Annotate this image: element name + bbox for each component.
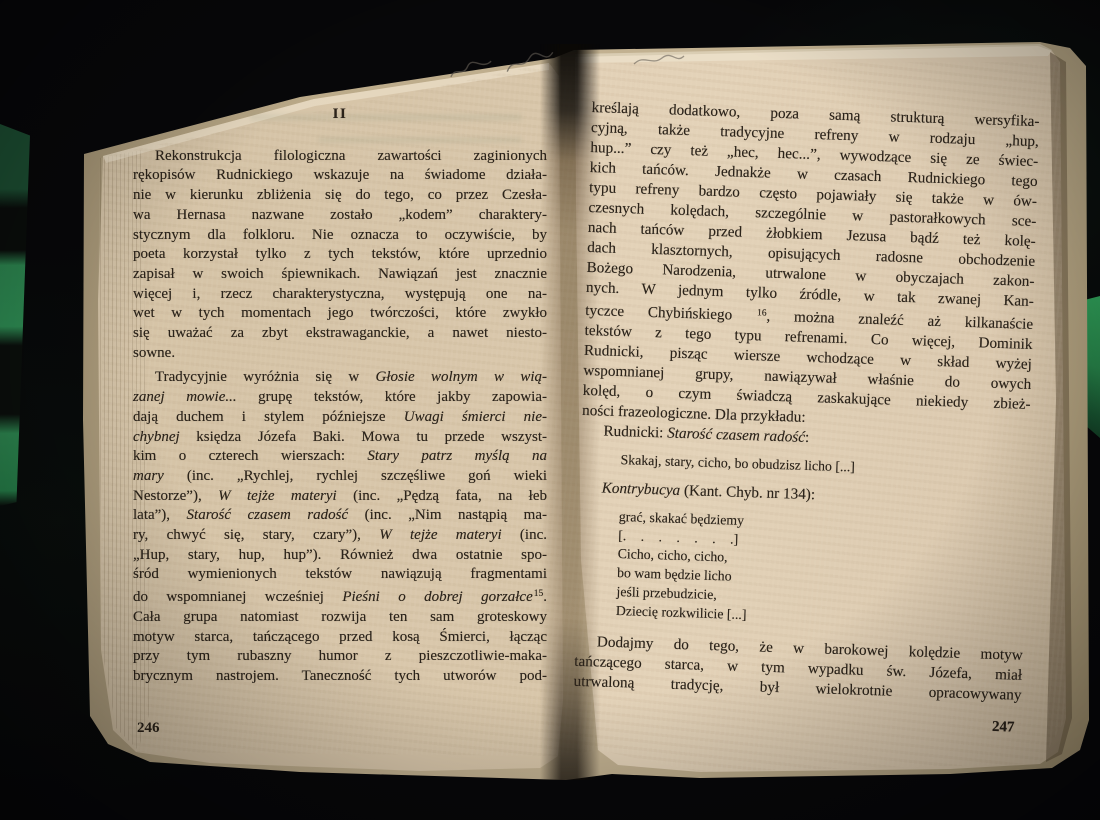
text-line: więcej i, rzecz charakterystyczna, wystę… [133, 285, 547, 305]
paragraph: II [133, 105, 547, 125]
text-line: się uważać za zbyt ekstrawaganckie, a na… [133, 324, 547, 344]
paragraph: Rekonstrukcja filologiczna zawartości za… [133, 147, 547, 364]
text-line: Nestorze”), W tejże materyi (inc. „Pędzą… [133, 487, 547, 507]
text-line: Tradycyjnie wyróżnia się w Głosie wolnym… [133, 368, 547, 388]
text-line: II [133, 105, 547, 125]
text-line: mary (inc. „Rychlej, rychlej szczęśliwe … [133, 467, 547, 487]
pencil-scribble-icon [632, 52, 686, 70]
text-line: nie w kierunku zbliżenia się do tego, co… [133, 186, 547, 206]
text-line: ry, chwyć się, stary, czary”), W tejże m… [133, 526, 547, 546]
text-line: śród wymienionych tekstów nawiązują frag… [133, 565, 547, 585]
text-line: lata”), Starość czasem radość (inc. „Nim… [133, 506, 547, 526]
paragraph: Dodajmy do tego, że w barokowej kolędzie… [573, 631, 1023, 705]
text-line: dają duchem i stylem późniejsze Uwagi śm… [133, 408, 547, 428]
text-line: poeta korzystał tylko z tych tekstów, kt… [133, 245, 547, 265]
text-line: do wspomnianej wcześniej Pieśni o dobrej… [133, 585, 547, 608]
paragraph: Skakaj, stary, cicho, bo obudzisz licho … [580, 450, 1028, 483]
paragraph: Kontrybucya (Kant. Chyb. nr 134): [579, 478, 1027, 512]
text-line: motyw starca, tańczącego przed kosą Śmie… [133, 628, 547, 648]
text-line: rękopisów Rudnickiego wskazuje na świado… [133, 166, 547, 186]
text-line: zapisał w swoich śpiewnikach. Nawiązań j… [133, 265, 547, 285]
text-line: zanej mowie... grupę tekstów, które jakb… [133, 388, 547, 408]
paragraph: grać, skakać będziemy[. . . . . . .]Cich… [576, 507, 1027, 634]
paragraph: Tradycyjnie wyróżnia się w Głosie wolnym… [133, 368, 547, 686]
text-line: przy tym rubaszny humor z pieszczotliwie… [133, 647, 547, 667]
text-line: Skakaj, stary, cicho, bo obudzisz licho … [580, 450, 1028, 483]
text-line: Rekonstrukcja filologiczna zawartości za… [133, 147, 547, 167]
text-line: kim o czterech wierszach: Stary patrz my… [133, 447, 547, 467]
text-line: chybnej księdza Józefa Baki. Mowa tu prz… [133, 428, 547, 448]
text-line: „Hup, stary, hup, hup”). Również dwa ost… [133, 546, 547, 566]
left-page-text: IIRekonstrukcja filologiczna zawartości … [133, 105, 547, 687]
book-photo: IIRekonstrukcja filologiczna zawartości … [0, 0, 1100, 820]
right-page-text: 247 kreślają dodatkowo, poza samą strukt… [572, 98, 1040, 752]
text-line: Kontrybucya (Kant. Chyb. nr 134): [579, 478, 1027, 512]
text-line: wa Hernasa nazwane zostało „kodem” chara… [133, 206, 547, 226]
paragraph: kreślają dodatkowo, poza samą strukturą … [581, 98, 1040, 455]
text-line: sowne. [133, 344, 547, 364]
text-line: wet w tych momentach jego twórczości, kt… [133, 304, 547, 324]
page-number-right: 247 [992, 717, 1015, 738]
page-number-left: 246 [137, 720, 160, 737]
text-line: stycznym dla folkloru. Nie oznacza to oc… [133, 226, 547, 246]
text-line: Cała grupa natomiast rozwija ten sam gro… [133, 608, 547, 628]
text-line: brycznym nastrojem. Taneczność tych utwo… [133, 667, 547, 687]
